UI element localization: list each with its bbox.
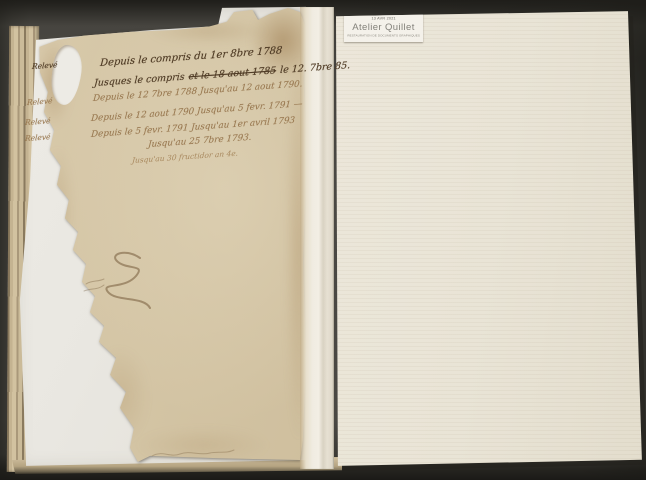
stain-top-center [148, 18, 268, 44]
conservation-label: 13 AVR 2021 Atelier Quillet RESTAURATION… [344, 13, 423, 42]
laid-paper-texture [330, 6, 646, 470]
stain-left-mid [42, 148, 74, 278]
stain-near-tear [92, 348, 148, 444]
label-fine-print: RESTAURATION DE DOCUMENTS GRAPHIQUES [347, 35, 420, 38]
stain-bottom [138, 428, 268, 462]
label-studio-name: Atelier Quillet [352, 23, 415, 32]
label-date-stamp: 13 AVR 2021 [371, 17, 395, 21]
book-gutter [300, 7, 334, 469]
blank-right-page: 13 AVR 2021 Atelier Quillet RESTAURATION… [330, 6, 646, 470]
scanned-book-photo: 13 AVR 2021 Atelier Quillet RESTAURATION… [0, 0, 646, 480]
